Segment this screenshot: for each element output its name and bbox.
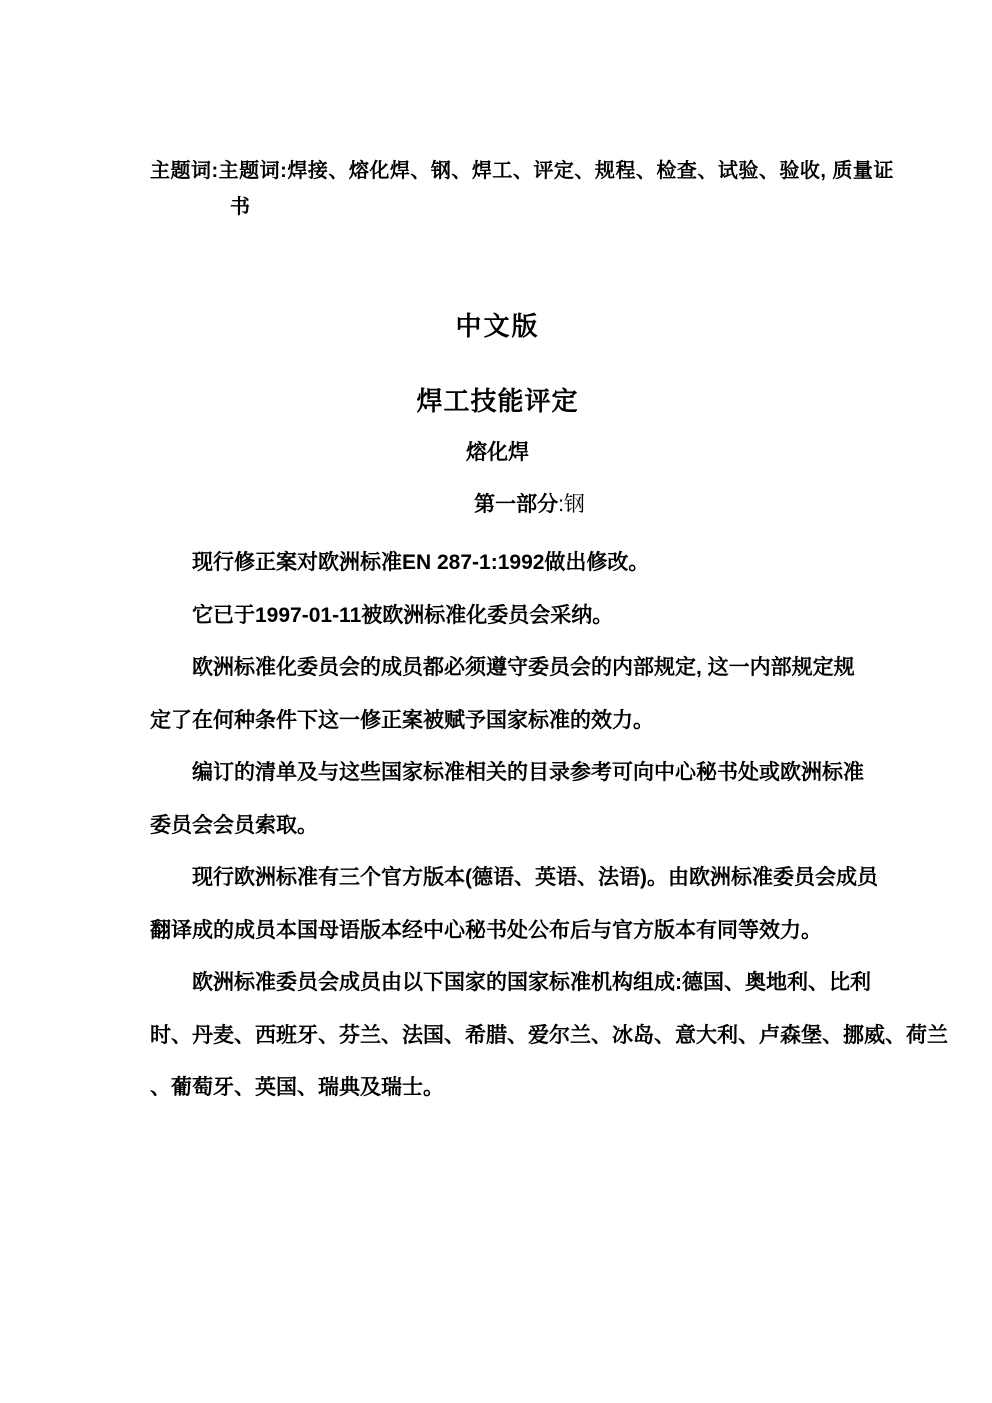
keywords-line-1: 主题词:主题词:焊接、熔化焊、钢、焊工、评定、规程、检查、试验、验收, 质量证 bbox=[150, 153, 845, 189]
paragraph-4-line-1: 编订的清单及与这些国家标准相关的目录参考可向中心秘书处或欧洲标准 bbox=[150, 747, 845, 800]
paragraph-6-line-1: 欧洲标准委员会成员由以下国家的国家标准机构组成:德国、奥地利、比利 bbox=[150, 957, 845, 1010]
edition-heading: 中文版 bbox=[150, 308, 845, 344]
paragraph-3-line-1: 欧洲标准化委员会的成员都必须遵守委员会的内部规定, 这一内部规定规 bbox=[150, 642, 845, 695]
paragraph-3-line-2: 定了在何种条件下这一修正案被赋予国家标准的效力。 bbox=[150, 695, 845, 748]
paragraph-5-line-1: 现行欧洲标准有三个官方版本(德语、英语、法语)。由欧洲标准委员会成员 bbox=[150, 852, 845, 905]
part-heading-label: 第一部分 bbox=[474, 493, 558, 516]
document-title: 焊工技能评定 bbox=[150, 383, 845, 419]
part-heading-value: :钢 bbox=[558, 493, 585, 516]
body-paragraphs: 现行修正案对欧洲标准EN 287-1:1992做出修改。 它已于1997-01-… bbox=[150, 537, 845, 1115]
paragraph-6-line-2: 时、丹麦、西班牙、芬兰、法国、希腊、爱尔兰、冰岛、意大利、卢森堡、挪威、荷兰 bbox=[150, 1010, 845, 1063]
paragraph-4-line-2: 委员会会员索取。 bbox=[150, 800, 845, 853]
paragraph-6-line-3: 、葡萄牙、英国、瑞典及瑞士。 bbox=[150, 1062, 845, 1115]
document-content: 主题词:主题词:焊接、熔化焊、钢、焊工、评定、规程、检查、试验、验收, 质量证 … bbox=[150, 153, 845, 1115]
subtitle-heading: 熔化焊 bbox=[150, 438, 845, 468]
part-heading: 第一部分:钢 bbox=[182, 490, 877, 520]
keywords-paragraph: 主题词:主题词:焊接、熔化焊、钢、焊工、评定、规程、检查、试验、验收, 质量证 … bbox=[150, 153, 845, 225]
paragraph-2-line-1: 它已于1997-01-11被欧洲标准化委员会采纳。 bbox=[150, 590, 845, 643]
paragraph-1-line-1: 现行修正案对欧洲标准EN 287-1:1992做出修改。 bbox=[150, 537, 845, 590]
document-page: 主题词:主题词:焊接、熔化焊、钢、焊工、评定、规程、检查、试验、验收, 质量证 … bbox=[0, 0, 992, 1403]
paragraph-5-line-2: 翻译成的成员本国母语版本经中心秘书处公布后与官方版本有同等效力。 bbox=[150, 905, 845, 958]
keywords-line-2: 书 bbox=[150, 189, 845, 225]
